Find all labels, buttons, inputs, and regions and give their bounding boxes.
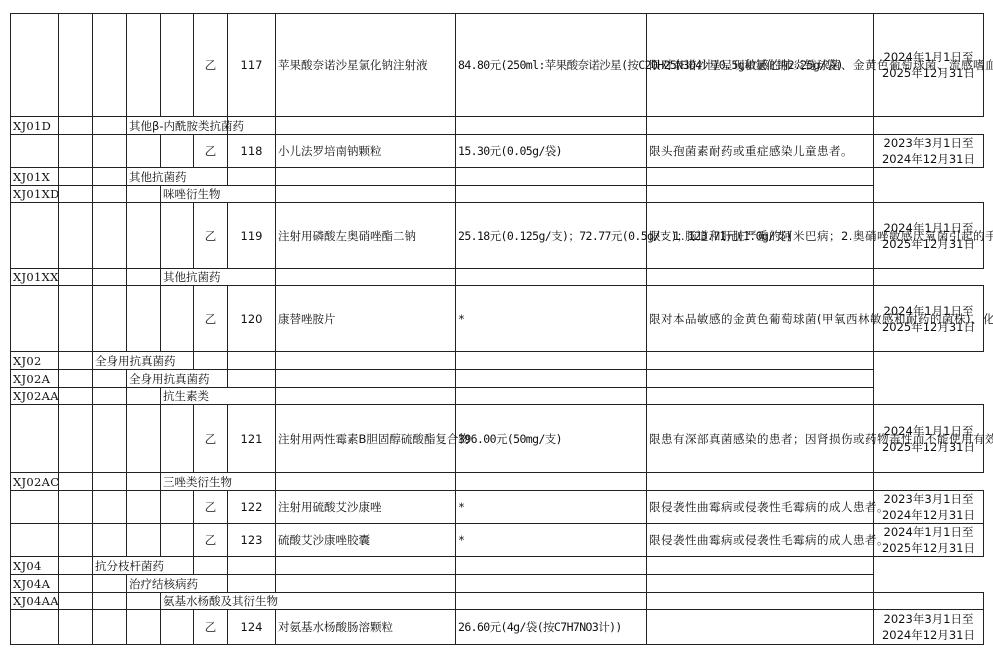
empty-cell (59, 203, 93, 269)
category-code-cell: XJ02 (11, 352, 59, 370)
spec-price-cell: 396.00元(50mg/支) (456, 405, 647, 473)
category-label: 氨基水杨酸及其衍生物 (163, 594, 278, 608)
category-row: XJ02A全身用抗真菌药 (11, 370, 984, 388)
drug-name-cell: 小儿法罗培南钠颗粒 (276, 135, 456, 168)
category-label: 其他抗菌药 (129, 170, 187, 184)
date-end: 2025年12月31日 (876, 65, 981, 81)
date-start: 2024年1月1日至 (876, 524, 981, 540)
empty-cell (456, 473, 647, 491)
category-row: XJ04A治疗结核病药 (11, 575, 984, 593)
empty-cell (93, 524, 127, 557)
class-cell: 乙 (194, 14, 228, 117)
category-row: XJ01D其他β-内酰胺类抗菌药 (11, 117, 984, 135)
code-cell (11, 405, 59, 473)
category-code-cell: XJ01X (11, 168, 59, 186)
category-label-cell: 全身用抗真菌药 (93, 352, 194, 370)
category-row: XJ02全身用抗真菌药 (11, 352, 984, 370)
empty-cell (194, 557, 228, 575)
empty-cell (874, 593, 984, 610)
category-label-cell: 其他β-内酰胺类抗菌药 (127, 117, 228, 135)
category-row: XJ02AA抗生素类 (11, 388, 984, 405)
empty-cell (59, 14, 93, 117)
category-code-cell: XJ04AA (11, 593, 59, 610)
empty-cell (161, 14, 194, 117)
empty-cell (127, 269, 161, 286)
category-row: XJ01X其他抗菌药 (11, 168, 984, 186)
drug-row: 乙119注射用磷酸左奥硝唑酯二钠25.18元(0.125g/支)；72.77元(… (11, 203, 984, 269)
code-cell (11, 135, 59, 168)
empty-cell (127, 491, 161, 524)
category-label-cell: 全身用抗真菌药 (127, 370, 228, 388)
category-label: 咪唑衍生物 (163, 187, 221, 201)
validity-period-cell: 2024年1月1日至2025年12月31日 (874, 14, 984, 117)
drug-row: 乙120康替唑胺片*限对本品敏感的金黄色葡萄球菌(甲氧西林敏感和耐药的菌株)、化… (11, 286, 984, 352)
empty-cell (161, 135, 194, 168)
class-cell: 乙 (194, 610, 228, 645)
empty-cell (276, 557, 456, 575)
empty-cell (276, 117, 456, 135)
empty-cell (93, 388, 127, 405)
empty-cell (59, 117, 93, 135)
category-label: 抗生素类 (163, 389, 209, 403)
validity-period-cell: 2024年1月1日至2025年12月31日 (874, 405, 984, 473)
number-cell: 119 (228, 203, 276, 269)
empty-cell (127, 473, 161, 491)
empty-cell (93, 405, 127, 473)
empty-cell (276, 186, 456, 203)
empty-cell (456, 269, 647, 286)
code-cell (11, 491, 59, 524)
empty-cell (276, 473, 456, 491)
number-cell: 124 (228, 610, 276, 645)
date-start: 2024年1月1日至 (876, 303, 981, 319)
spec-price-cell: 25.18元(0.125g/支)；72.77元(0.5g/支)；123.71元(… (456, 203, 647, 269)
drug-row: 乙118小儿法罗培南钠颗粒15.30元(0.05g/袋)限头孢菌素耐药或重症感染… (11, 135, 984, 168)
drug-row: 乙122注射用硫酸艾沙康唑*限侵袭性曲霉病或侵袭性毛霉病的成人患者。2023年3… (11, 491, 984, 524)
drug-row: 乙121注射用两性霉素B胆固醇硫酸酯复合物396.00元(50mg/支)限患有深… (11, 405, 984, 473)
empty-cell (59, 491, 93, 524)
restriction-note-cell: 限对奈诺沙星呈现敏感的肺炎链球菌、金黄色葡萄球菌、流感嗜血杆菌、副流感嗜血杆菌、… (647, 14, 874, 117)
category-label: 三唑类衍生物 (163, 475, 232, 489)
category-code-cell: XJ01XX (11, 269, 59, 286)
drug-name-cell: 硫酸艾沙康唑胶囊 (276, 524, 456, 557)
category-label-cell: 氨基水杨酸及其衍生物 (161, 593, 456, 610)
empty-cell (456, 388, 647, 405)
category-label: 全身用抗真菌药 (95, 354, 176, 368)
empty-cell (59, 524, 93, 557)
empty-cell (276, 168, 456, 186)
empty-cell (456, 168, 647, 186)
date-end: 2024年12月31日 (876, 507, 981, 523)
category-label-cell: 治疗结核病药 (127, 575, 228, 593)
empty-cell (161, 491, 194, 524)
empty-cell (59, 557, 93, 575)
date-end: 2025年12月31日 (876, 540, 981, 556)
empty-cell (93, 117, 127, 135)
date-start: 2024年1月1日至 (876, 49, 981, 65)
empty-cell (127, 524, 161, 557)
spec-price-cell: * (456, 491, 647, 524)
drug-row: 乙123硫酸艾沙康唑胶囊*限侵袭性曲霉病或侵袭性毛霉病的成人患者。2024年1月… (11, 524, 984, 557)
restriction-note-cell: 限侵袭性曲霉病或侵袭性毛霉病的成人患者。 (647, 524, 874, 557)
empty-cell (93, 286, 127, 352)
empty-cell (59, 286, 93, 352)
empty-cell (59, 186, 93, 203)
empty-cell (647, 388, 874, 405)
empty-cell (59, 370, 93, 388)
empty-cell (456, 575, 647, 593)
validity-period-cell: 2023年3月1日至2024年12月31日 (874, 135, 984, 168)
drug-row: 乙124对氨基水杨酸肠溶颗粒26.60元(4g/袋(按C7H7NO3计))202… (11, 610, 984, 645)
category-row: XJ01XX其他抗菌药 (11, 269, 984, 286)
empty-cell (194, 352, 228, 370)
restriction-note-cell: 限侵袭性曲霉病或侵袭性毛霉病的成人患者。 (647, 491, 874, 524)
restriction-note-cell: 限：1.肠道和肝脏严重的阿米巴病；2.奥硝唑敏感厌氧菌引起的手术后感染；3.预防… (647, 203, 874, 269)
empty-cell (59, 269, 93, 286)
category-label: 治疗结核病药 (129, 577, 198, 591)
code-cell (11, 524, 59, 557)
empty-cell (93, 14, 127, 117)
empty-cell (127, 203, 161, 269)
empty-cell (59, 388, 93, 405)
category-label-cell: 咪唑衍生物 (161, 186, 276, 203)
drug-name-cell: 注射用两性霉素B胆固醇硫酸酯复合物 (276, 405, 456, 473)
empty-cell (93, 135, 127, 168)
category-label: 全身用抗真菌药 (129, 372, 210, 386)
category-row: XJ04AA氨基水杨酸及其衍生物 (11, 593, 984, 610)
empty-cell (161, 524, 194, 557)
category-row: XJ01XD咪唑衍生物 (11, 186, 984, 203)
category-code-cell: XJ04 (11, 557, 59, 575)
empty-cell (647, 370, 874, 388)
code-cell (11, 14, 59, 117)
code-cell (11, 286, 59, 352)
number-cell: 118 (228, 135, 276, 168)
date-end: 2025年12月31日 (876, 439, 981, 455)
spec-price-cell: 84.80元(250ml:苹果酸奈诺沙星(按C20H25N3O4计)0.5g和氯… (456, 14, 647, 117)
category-code-cell: XJ01XD (11, 186, 59, 203)
number-cell: 120 (228, 286, 276, 352)
empty-cell (127, 14, 161, 117)
empty-cell (127, 405, 161, 473)
empty-cell (228, 370, 276, 388)
empty-cell (127, 135, 161, 168)
number-cell: 121 (228, 405, 276, 473)
class-cell: 乙 (194, 286, 228, 352)
empty-cell (647, 269, 874, 286)
empty-cell (59, 352, 93, 370)
drug-name-cell: 康替唑胺片 (276, 286, 456, 352)
category-label: 其他β-内酰胺类抗菌药 (129, 119, 244, 133)
empty-cell (93, 575, 127, 593)
category-code-cell: XJ02A (11, 370, 59, 388)
empty-cell (228, 352, 276, 370)
empty-cell (456, 557, 647, 575)
date-start: 2023年3月1日至 (876, 135, 981, 151)
class-cell: 乙 (194, 405, 228, 473)
empty-cell (161, 610, 194, 645)
category-label-cell: 抗生素类 (161, 388, 276, 405)
empty-cell (161, 405, 194, 473)
drug-name-cell: 注射用磷酸左奥硝唑酯二钠 (276, 203, 456, 269)
category-label: 抗分枝杆菌药 (95, 559, 164, 573)
category-label-cell: 三唑类衍生物 (161, 473, 276, 491)
empty-cell (647, 117, 874, 135)
category-row: XJ02AC三唑类衍生物 (11, 473, 984, 491)
class-cell: 乙 (194, 135, 228, 168)
empty-cell (93, 168, 127, 186)
category-code-cell: XJ02AC (11, 473, 59, 491)
restriction-note-cell (647, 610, 874, 645)
empty-cell (93, 269, 127, 286)
date-start: 2024年1月1日至 (876, 423, 981, 439)
date-end: 2025年12月31日 (876, 236, 981, 252)
validity-period-cell: 2023年3月1日至2024年12月31日 (874, 610, 984, 645)
empty-cell (276, 575, 456, 593)
empty-cell (647, 593, 874, 610)
date-end: 2025年12月31日 (876, 319, 981, 335)
restriction-note-cell: 限对本品敏感的金黄色葡萄球菌(甲氧西林敏感和耐药的菌株)、化脓性链球菌或无乳链球… (647, 286, 874, 352)
spec-price-cell: 26.60元(4g/袋(按C7H7NO3计)) (456, 610, 647, 645)
empty-cell (456, 352, 647, 370)
empty-cell (59, 168, 93, 186)
category-code-cell: XJ02AA (11, 388, 59, 405)
empty-cell (93, 491, 127, 524)
validity-period-cell: 2024年1月1日至2025年12月31日 (874, 286, 984, 352)
validity-period-cell: 2024年1月1日至2025年12月31日 (874, 524, 984, 557)
drug-name-cell: 苹果酸奈诺沙星氯化钠注射液 (276, 14, 456, 117)
empty-cell (161, 286, 194, 352)
empty-cell (93, 186, 127, 203)
validity-period-cell: 2023年3月1日至2024年12月31日 (874, 491, 984, 524)
spec-price-cell: * (456, 286, 647, 352)
empty-cell (276, 269, 456, 286)
empty-cell (276, 370, 456, 388)
empty-cell (647, 575, 874, 593)
empty-cell (93, 203, 127, 269)
date-start: 2023年3月1日至 (876, 491, 981, 507)
empty-cell (647, 473, 874, 491)
empty-cell (127, 593, 161, 610)
spec-price-cell: * (456, 524, 647, 557)
number-cell: 122 (228, 491, 276, 524)
empty-cell (93, 593, 127, 610)
empty-cell (276, 388, 456, 405)
empty-cell (647, 168, 874, 186)
empty-cell (456, 593, 647, 610)
empty-cell (647, 186, 874, 203)
category-code-cell: XJ01D (11, 117, 59, 135)
code-cell (11, 203, 59, 269)
number-cell: 117 (228, 14, 276, 117)
validity-period-cell: 2024年1月1日至2025年12月31日 (874, 203, 984, 269)
empty-cell (59, 610, 93, 645)
drug-row: 乙117苹果酸奈诺沙星氯化钠注射液84.80元(250ml:苹果酸奈诺沙星(按C… (11, 14, 984, 117)
date-end: 2024年12月31日 (876, 151, 981, 167)
empty-cell (456, 117, 647, 135)
empty-cell (93, 473, 127, 491)
category-row: XJ04抗分枝杆菌药 (11, 557, 984, 575)
category-label-cell: 抗分枝杆菌药 (93, 557, 194, 575)
empty-cell (127, 388, 161, 405)
date-end: 2024年12月31日 (876, 627, 981, 643)
category-label: 其他抗菌药 (163, 270, 221, 284)
empty-cell (456, 370, 647, 388)
empty-cell (127, 610, 161, 645)
spec-price-cell: 15.30元(0.05g/袋) (456, 135, 647, 168)
class-cell: 乙 (194, 524, 228, 557)
empty-cell (59, 593, 93, 610)
empty-cell (127, 286, 161, 352)
drug-name-cell: 对氨基水杨酸肠溶颗粒 (276, 610, 456, 645)
empty-cell (228, 168, 276, 186)
empty-cell (647, 352, 874, 370)
empty-cell (647, 557, 874, 575)
empty-cell (276, 352, 456, 370)
empty-cell (456, 186, 647, 203)
empty-cell (93, 610, 127, 645)
class-cell: 乙 (194, 203, 228, 269)
drug-name-cell: 注射用硫酸艾沙康唑 (276, 491, 456, 524)
date-start: 2024年1月1日至 (876, 220, 981, 236)
class-cell: 乙 (194, 491, 228, 524)
code-cell (11, 610, 59, 645)
empty-cell (228, 575, 276, 593)
empty-cell (127, 186, 161, 203)
empty-cell (59, 135, 93, 168)
empty-cell (93, 370, 127, 388)
restriction-note-cell: 限患有深部真菌感染的患者；因肾损伤或药物毒性而不能使用有效剂量的两性霉素B的患者… (647, 405, 874, 473)
category-label-cell: 其他抗菌药 (127, 168, 228, 186)
empty-cell (59, 473, 93, 491)
restriction-note-cell: 限头孢菌素耐药或重症感染儿童患者。 (647, 135, 874, 168)
date-start: 2023年3月1日至 (876, 611, 981, 627)
empty-cell (59, 405, 93, 473)
category-label-cell: 其他抗菌药 (161, 269, 276, 286)
empty-cell (161, 203, 194, 269)
empty-cell (228, 557, 276, 575)
drug-catalog-table: 乙117苹果酸奈诺沙星氯化钠注射液84.80元(250ml:苹果酸奈诺沙星(按C… (10, 13, 984, 645)
empty-cell (59, 575, 93, 593)
number-cell: 123 (228, 524, 276, 557)
category-code-cell: XJ04A (11, 575, 59, 593)
